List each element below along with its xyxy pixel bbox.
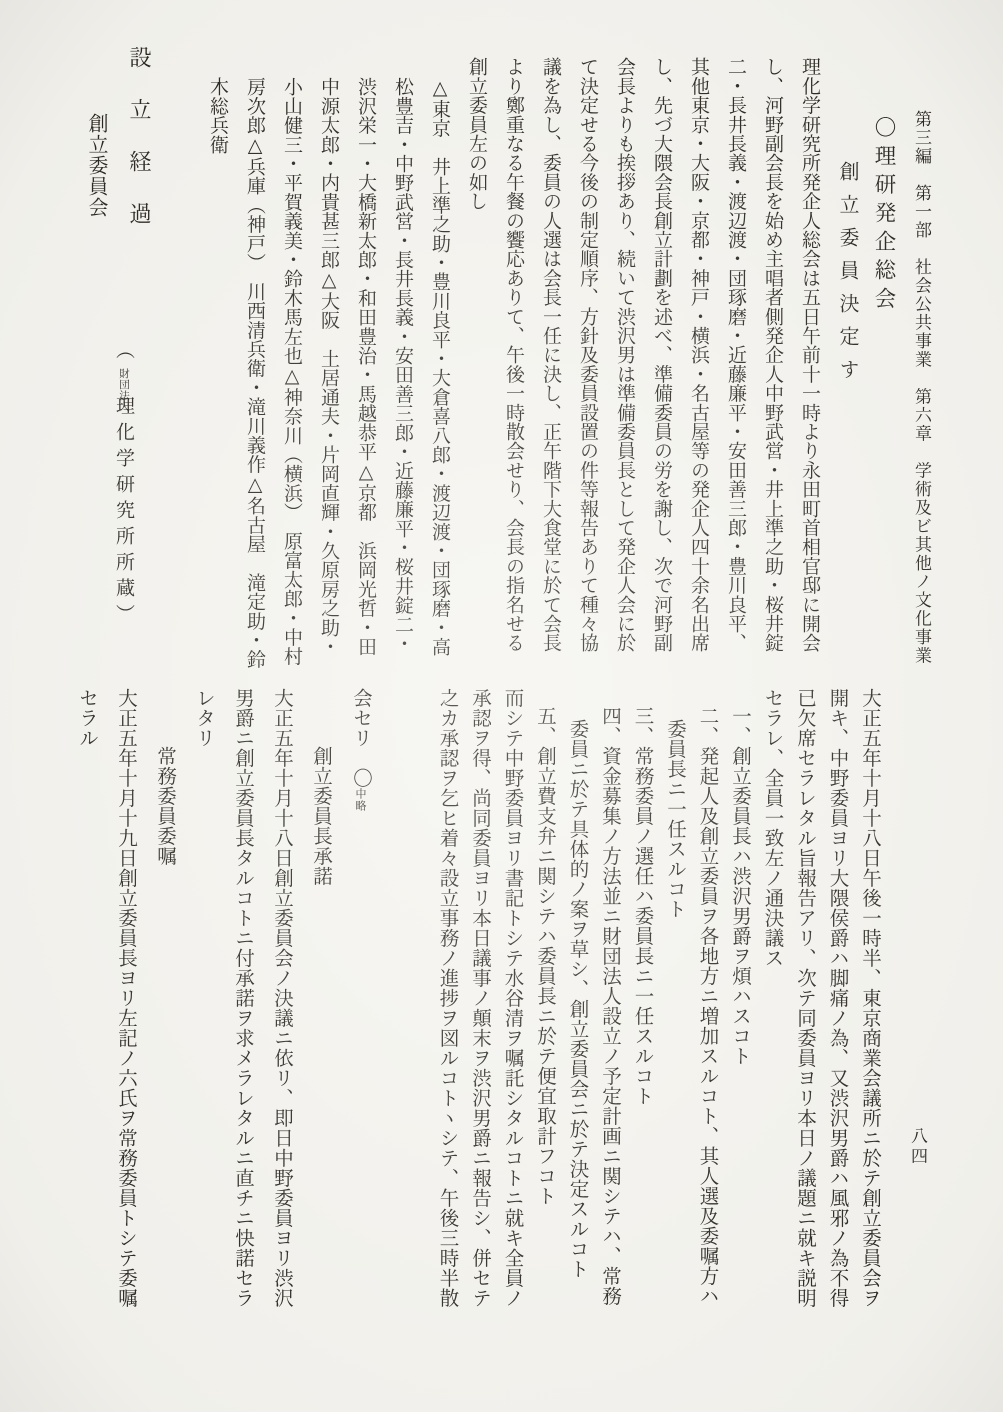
minutes-column: レタリ [184, 688, 223, 1308]
omission-note: 中略 [354, 788, 366, 812]
minutes-column: 三、常務委員ノ選任ハ委員長ニ一任スルコト [625, 688, 658, 1308]
minutes-column: 委員長ニ一任スルコト [658, 688, 691, 1308]
paragraph-column: 其他東京・大阪・京都・神戸・横浜・名古屋等の発企人四十余名出席 [680, 57, 717, 669]
article-block: 〇理研発企総会 創立委員決定す 理化学研究所発企人総会は五日午前十一時より永田町… [199, 57, 902, 669]
minutes-column: セラレ、全員一致左ノ通決議ス [755, 688, 788, 1308]
paragraph-column: し、河野副会長を始め主唱者側発企人中野武営・井上準之助・桜井錠 [754, 57, 791, 669]
paragraph-column: 二・長井長義・渡辺渡・団琢磨・近藤廉平・安田善三郎・豊川良平、 [717, 57, 754, 669]
section-title: 設 立 経 過 [118, 46, 160, 228]
minutes-column: 大正五年十月十九日創立委員長ヨリ左記ノ六氏ヲ常務委員トシテ委嘱 [106, 688, 145, 1308]
section-subtitle: 創立委員会 [80, 113, 112, 218]
source-note-main: 理化学研究所所蔵） [113, 396, 134, 630]
minutes-column: 四、資金募集ノ方法並ニ財団法人設立ノ予定計画ニ関シテハ、常務 [593, 688, 626, 1308]
source-note-corporate-prefix: 財団法人 [118, 368, 130, 394]
minutes-column: 二、発起人及創立委員ヲ各地方ニ増加スルコト、其人選及委嘱方ハ [690, 688, 723, 1308]
member-list-column: 房次郎△兵庫（神戸） 川西清兵衛・滝川義作△名古屋 滝定助・鈴 [236, 57, 273, 669]
article-heading: 〇理研発企総会 [865, 57, 902, 669]
page-number: 八四 [904, 1127, 930, 1167]
minutes-column: 承認ヲ得、尚同委員ヨリ本日議事ノ顛末ヲ渋沢男爵ニ報告シ、併セテ [463, 688, 496, 1308]
member-list-column: 中源太郎・内貴甚三郎△大阪 土居通夫・片岡直輝・久原房之助・ [310, 57, 347, 669]
minutes-block-left: 会セリ 〇中略創立委員長承諾大正五年十月十八日創立委員会ノ決議ニ依リ、即日中野委… [67, 688, 380, 1308]
source-note: （財団法人理化学研究所所蔵） [108, 340, 138, 630]
minutes-subheading: 創立委員長承諾 [301, 688, 340, 1308]
paragraph-column: 創立委員左の如し [458, 57, 495, 669]
article-subheading: 創立委員決定す [828, 57, 865, 669]
paragraph-column: 議を為し、委員の人選は会長一任に決し、正午階下大食堂に於て会長 [532, 57, 569, 669]
member-list-column: 渋沢栄一・大橋新太郎・和田豊治・馬越恭平△京都 浜岡光哲・田 [347, 57, 384, 669]
member-list-column: 小山健三・平賀義美・鈴木馬左也△神奈川（横浜） 原富太郎・中村 [273, 57, 310, 669]
scanned-book-page: 第三編 第一部 社会公共事業 第六章 学術及ビ其他ノ文化事業 八四 〇理研発企総… [0, 0, 1003, 1412]
minutes-column: 一、創立委員長ハ渋沢男爵ヲ煩ハスコト [723, 688, 756, 1308]
minutes-block-right: 大正五年十月十八日午後一時半、東京商業会議所ニ於テ創立委員会ヲ開キ、中野委員ヨリ… [430, 688, 885, 1308]
member-list-column: 木総兵衛 [199, 57, 236, 669]
minutes-subheading: 常務委員委嘱 [145, 688, 184, 1308]
minutes-column: 而シテ中野委員ヨリ書記トシテ水谷清ヲ嘱託シタルコトニ就キ全員ノ [495, 688, 528, 1308]
minutes-column: 已欠席セラレタル旨報告アリ、次テ同委員ヨリ本日ノ議題ニ就キ説明 [788, 688, 821, 1308]
minutes-column: セラル [67, 688, 106, 1308]
running-head: 第三編 第一部 社会公共事業 第六章 学術及ビ其他ノ文化事業 [908, 110, 934, 665]
minutes-column: 開キ、中野委員ヨリ大隈侯爵ハ脚痛ノ為、又渋沢男爵ハ風邪ノ為不得 [820, 688, 853, 1308]
minutes-column: 五、創立費支弁ニ関シテハ委員長ニ於テ便宜取計フコト [528, 688, 561, 1308]
paragraph-column: て決定せる今後の制定順序、方針及委員設置の件等報告ありて種々協 [569, 57, 606, 669]
paragraph-column: し、先づ大隈会長創立計劃を述べ、準備委員の労を謝し、次で河野副 [643, 57, 680, 669]
minutes-column: 会セリ 〇中略 [340, 688, 380, 1308]
paragraph-column: より鄭重なる午餐の饗応ありて、午後一時散会せり、会長の指名せる [495, 57, 532, 669]
minutes-column: 大正五年十月十八日午後一時半、東京商業会議所ニ於テ創立委員会ヲ [853, 688, 886, 1308]
paragraph-column: 会長よりも挨拶あり、続いて渋沢男は準備委員長として発企人会に於 [606, 57, 643, 669]
member-list-column: △東京 井上準之助・豊川良平・大倉喜八郎・渡辺渡・団琢磨・高 [421, 57, 458, 669]
source-note-open: （ [113, 340, 134, 366]
minutes-column: 委員ニ於テ具体的ノ案ヲ草シ、創立委員会ニ於テ決定スルコト [560, 688, 593, 1308]
member-list-column: 松豊吉・中野武営・長井長義・安田善三郎・近藤廉平・桜井錠二・ [384, 57, 421, 669]
minutes-column: 大正五年十月十八日創立委員会ノ決議ニ依リ、即日中野委員ヨリ渋沢 [262, 688, 301, 1308]
minutes-column: 之カ承認ヲ乞ヒ着々設立事務ノ進捗ヲ図ルコトヽシテ、午後三時半散 [430, 688, 463, 1308]
minutes-column: 男爵ニ創立委員長タルコトニ付承諾ヲ求メラレタルニ直チニ快諾セラ [223, 688, 262, 1308]
paragraph-column: 理化学研究所発企人総会は五日午前十一時より永田町首相官邸に開会 [791, 57, 828, 669]
